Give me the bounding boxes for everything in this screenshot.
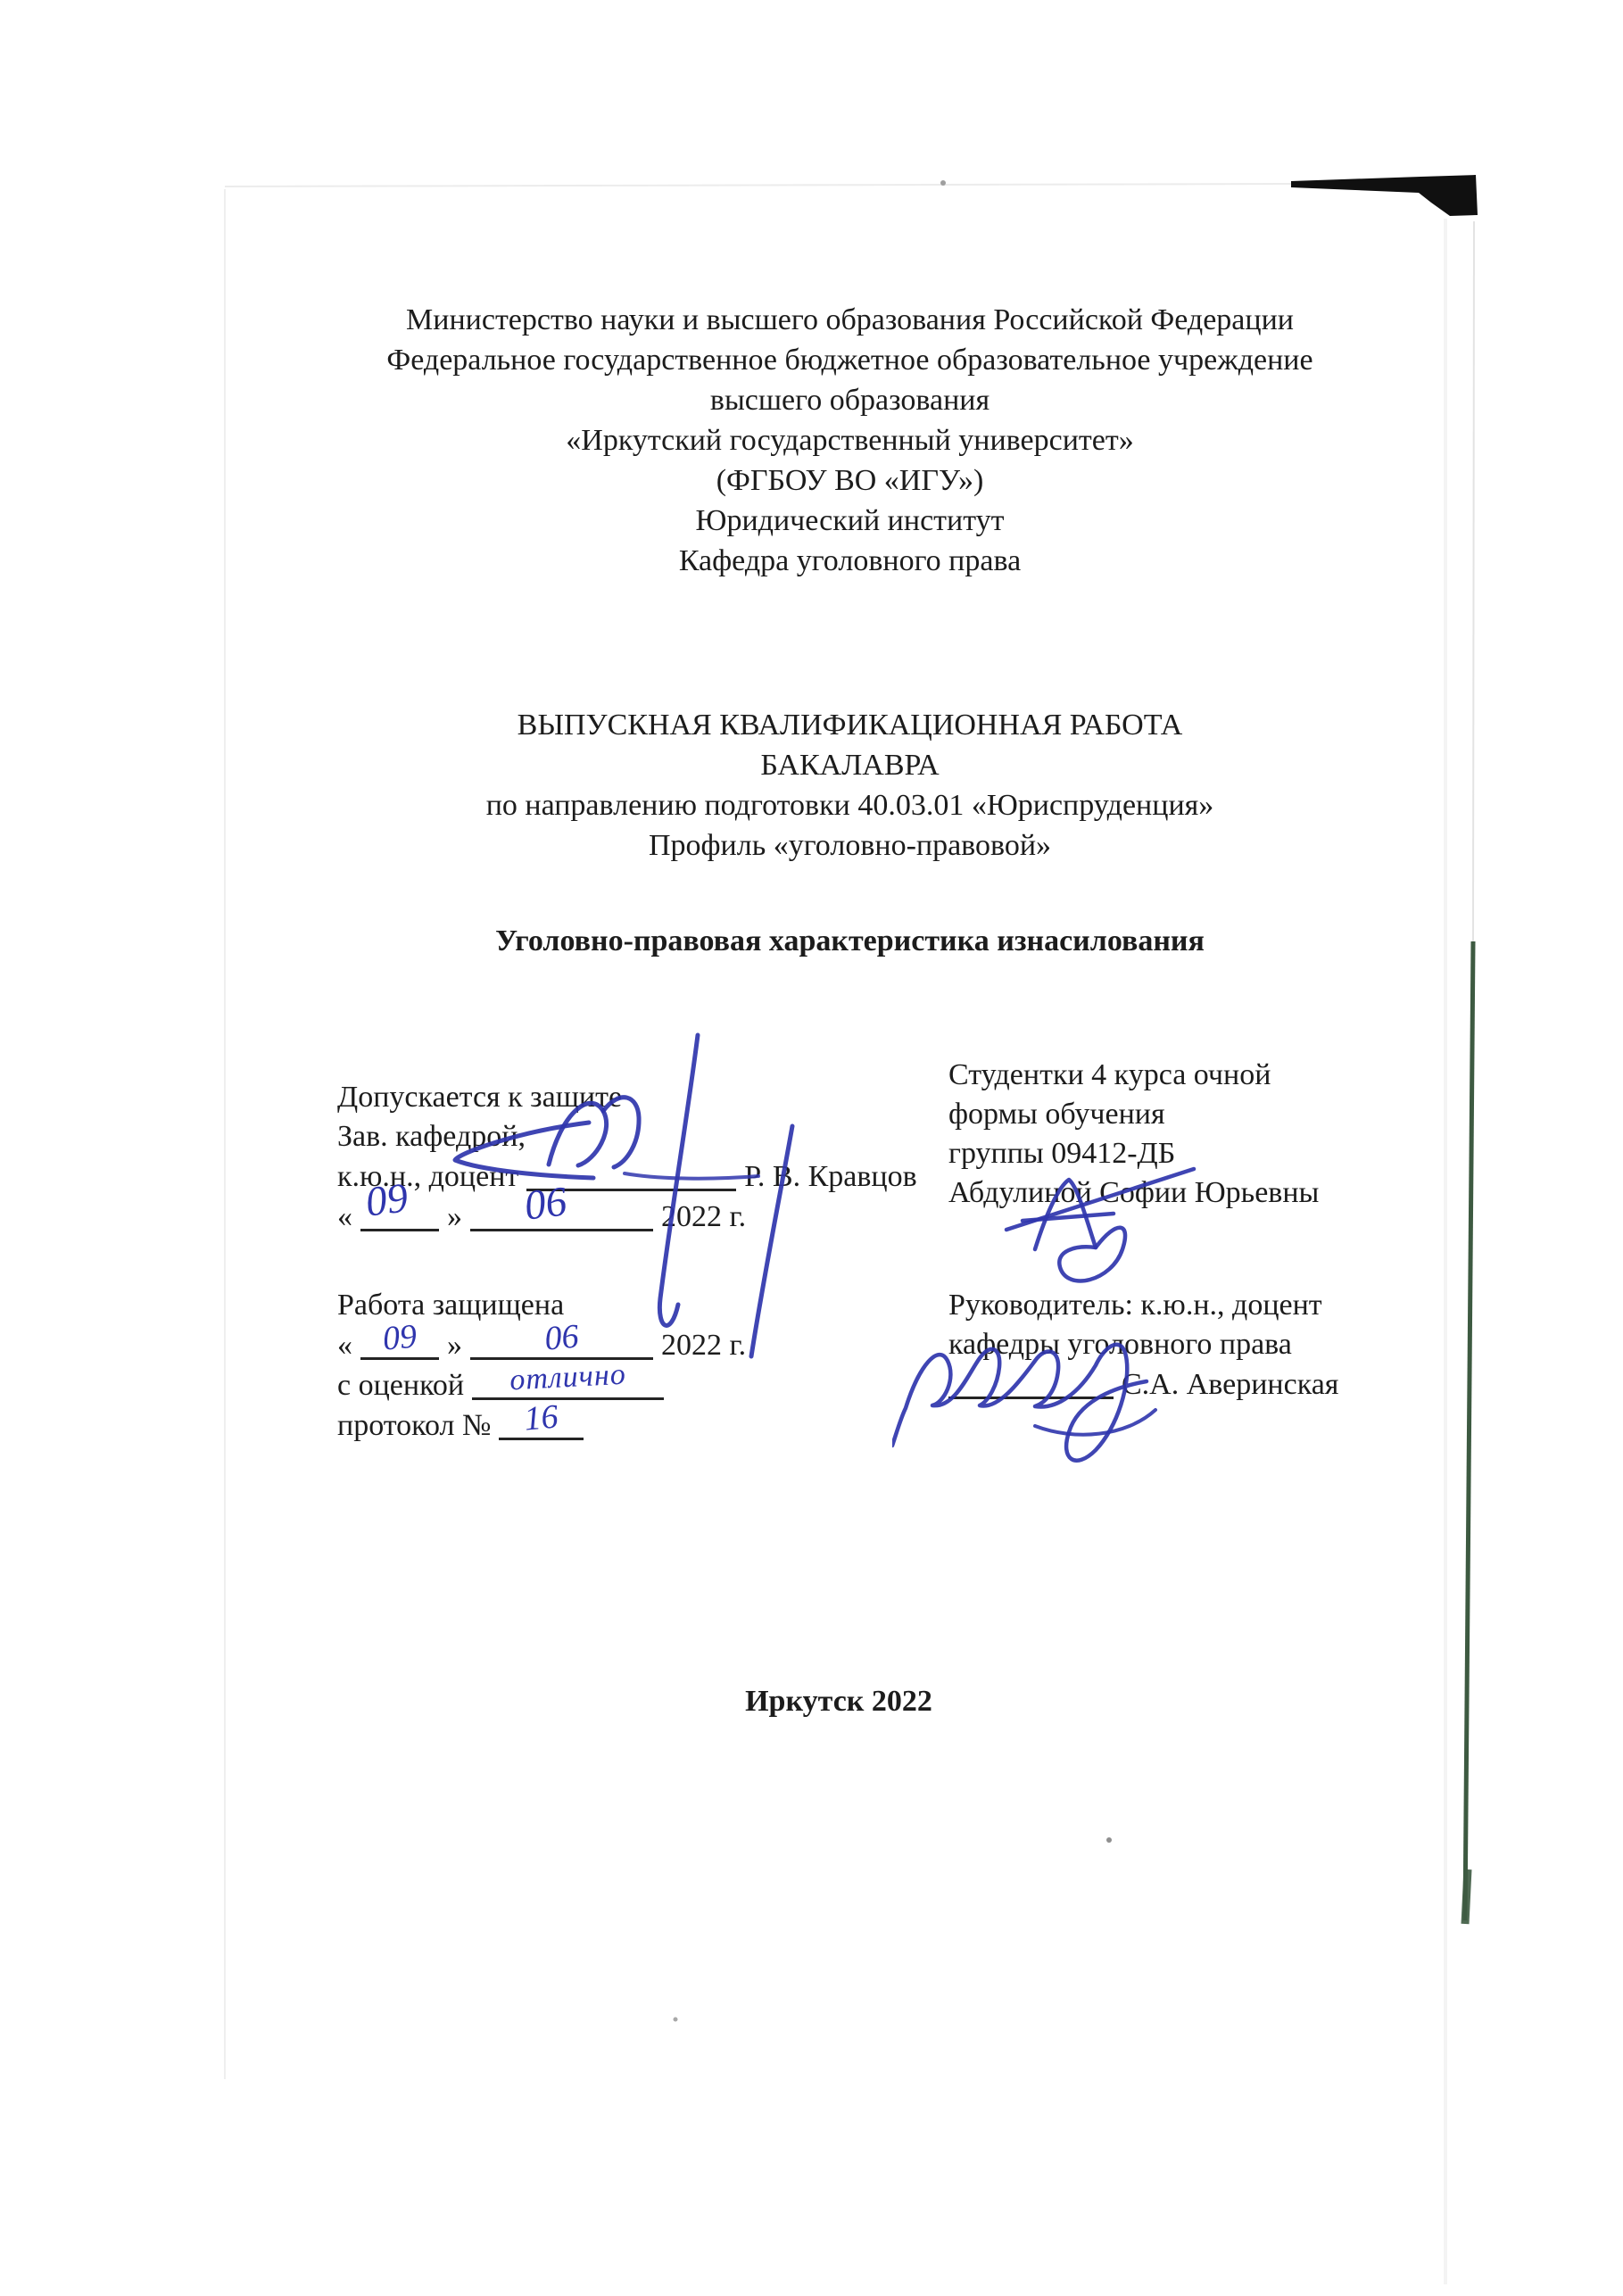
blank-line bbox=[948, 1370, 1114, 1399]
work-type-line: Профиль «уголовно-правовой» bbox=[223, 825, 1477, 866]
blank-line: 09 bbox=[360, 1330, 439, 1360]
header-line: (ФГБОУ ВО «ИГУ») bbox=[223, 460, 1477, 501]
supervisor-name: С.А. Аверинская bbox=[1122, 1368, 1338, 1401]
supervisor-sign-line: С.А. Аверинская bbox=[948, 1364, 1484, 1405]
defense-protocol-line: протокол №16 bbox=[337, 1405, 890, 1446]
approval-block: Допускается к защите Зав. кафедрой, к.ю.… bbox=[337, 1078, 890, 1237]
approval-degree-line: к.ю.н., доцентР. В. Кравцов bbox=[337, 1156, 890, 1197]
work-type-block: ВЫПУСКНАЯ КВАЛИФИКАЦИОННАЯ РАБОТА БАКАЛА… bbox=[223, 705, 1477, 866]
handwritten-day: 09 bbox=[359, 1314, 441, 1361]
handwritten-day: 09 bbox=[363, 1173, 410, 1226]
header-line: Федеральное государственное бюджетное об… bbox=[223, 340, 1477, 380]
header-block: Министерство науки и высшего образования… bbox=[223, 300, 1477, 581]
scan-artifact-green-edge-line bbox=[1465, 941, 1473, 1920]
scan-artifact-speck bbox=[940, 180, 946, 186]
scan-artifact-speck bbox=[674, 2018, 678, 2022]
student-line: формы обучения bbox=[948, 1095, 1448, 1134]
header-line: Министерство науки и высшего образования… bbox=[223, 300, 1477, 340]
student-line: группы 09412-ДБ bbox=[948, 1134, 1448, 1173]
year-suffix: 2022 г. bbox=[661, 1329, 746, 1362]
blank-line: 16 bbox=[499, 1411, 584, 1440]
thesis-title: Уголовно-правовая характеристика изнасил… bbox=[223, 921, 1477, 961]
protocol-label: протокол № bbox=[337, 1409, 491, 1442]
scan-artifact-top-edge-line bbox=[225, 184, 1291, 186]
year-suffix: 2022 г. bbox=[661, 1200, 746, 1233]
student-line: Студентки 4 курса очной bbox=[948, 1056, 1448, 1095]
quote-open: « bbox=[337, 1200, 352, 1233]
work-type-line: ВЫПУСКНАЯ КВАЛИФИКАЦИОННАЯ РАБОТА bbox=[223, 705, 1477, 745]
handwritten-month: 06 bbox=[522, 1177, 569, 1230]
scan-artifact-speck bbox=[1106, 1837, 1112, 1843]
work-type-line: БАКАЛАВРА bbox=[223, 745, 1477, 785]
approval-admitted-line: Допускается к защите bbox=[337, 1078, 890, 1117]
header-line: «Иркутский государственный университет» bbox=[223, 420, 1477, 460]
document-page: Министерство науки и высшего образования… bbox=[0, 0, 1623, 2296]
supervisor-block: Руководитель: к.ю.н., доцент кафедры уго… bbox=[948, 1286, 1484, 1405]
supervisor-line: Руководитель: к.ю.н., доцент bbox=[948, 1286, 1484, 1325]
student-line: Абдулиной Софии Юрьевны bbox=[948, 1173, 1448, 1213]
scan-artifact-green-edge-line-tip bbox=[1465, 1869, 1468, 1924]
grade-label: с оценкой bbox=[337, 1369, 464, 1402]
header-line: Юридический институт bbox=[223, 501, 1477, 541]
handwritten-protocol-number: 16 bbox=[498, 1395, 585, 1441]
approval-date-line: «»2022 г. bbox=[337, 1197, 890, 1237]
city-year-line: Иркутск 2022 bbox=[223, 1681, 1454, 1721]
quote-open: « bbox=[337, 1329, 352, 1362]
quote-close: » bbox=[447, 1200, 462, 1233]
student-block: Студентки 4 курса очной формы обучения г… bbox=[948, 1056, 1448, 1213]
header-line: Кафедра уголовного права bbox=[223, 541, 1477, 581]
scan-artifact-top-black-mark bbox=[1291, 175, 1478, 216]
quote-close: » bbox=[447, 1329, 462, 1362]
header-line: высшего образования bbox=[223, 380, 1477, 420]
defense-block: Работа защищена «09»062022 г. с оценкойо… bbox=[337, 1286, 890, 1446]
supervisor-line: кафедры уголовного права bbox=[948, 1325, 1484, 1364]
approval-head-line: Зав. кафедрой, bbox=[337, 1117, 890, 1156]
head-of-department-name: Р. В. Кравцов bbox=[744, 1160, 916, 1193]
work-type-line: по направлению подготовки 40.03.01 «Юрис… bbox=[223, 785, 1477, 825]
defense-grade-line: с оценкойотлично bbox=[337, 1365, 890, 1405]
